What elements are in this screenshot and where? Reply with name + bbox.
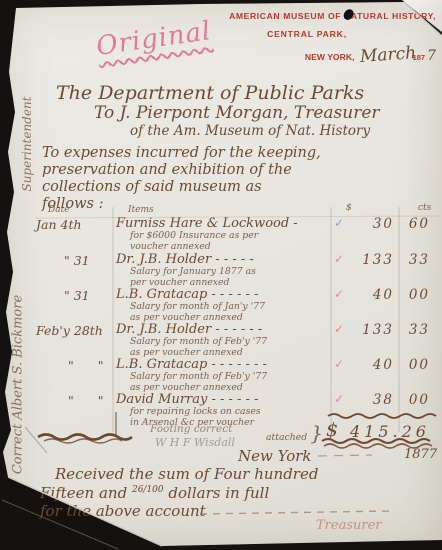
addressee-line3: of the Am. Museum of Nat. History	[130, 123, 370, 139]
brace-mark: }	[310, 421, 323, 445]
audit-note-line1: Footing correct	[150, 423, 232, 435]
entry-detail: per voucher annexed	[116, 278, 334, 289]
ledger-rows: Jan 4th Furniss Hare & Lockwood - for $6…	[36, 216, 438, 442]
margin-note-superintendent: Superintendent	[20, 49, 34, 239]
entry-payee: David Murray - - - - - -	[116, 392, 334, 407]
handwritten-month: March	[360, 43, 417, 67]
preamble-line1: To expenses incurred for the keeping,	[42, 145, 321, 161]
check-mark-icon: ✓	[334, 252, 350, 266]
check-mark-icon: ✓	[334, 216, 350, 230]
amount-dollars: 38	[350, 392, 394, 408]
entry-amount: ✓ 133 33	[334, 322, 438, 358]
ledger-row: Jan 4th Furniss Hare & Lockwood - for $6…	[36, 216, 438, 252]
amount-cents: 00	[394, 392, 430, 408]
entry-detail: for $6000 Insurance as per	[116, 231, 334, 242]
receipt-line1: Received the sum of Four hundred	[55, 465, 318, 483]
receipt-line2: Fifteen and 26/100 dollars in full	[40, 484, 269, 502]
receipt-place: New York	[238, 447, 312, 465]
amount-dollars: 133	[350, 322, 394, 338]
total-currency-sign: $	[326, 419, 338, 441]
entry-payee: L.B. Gratacap - - - - - - -	[116, 357, 334, 372]
entry-detail: Salary for month of Jan'y '77	[116, 302, 334, 313]
margin-note-correct: Correct Albert S. Bickmore	[11, 245, 26, 525]
total-amount: 415.26	[350, 422, 430, 441]
entry-detail: voucher annexed	[116, 242, 334, 253]
ledger-row: Feb'y 28th Dr. J.B. Holder - - - - - - S…	[36, 322, 438, 357]
ledger-row: " 31 Dr. J.B. Holder - - - - - Salary fo…	[36, 252, 438, 287]
receipt-line2-pre: Fifteen and	[40, 484, 127, 502]
addressee-line2: To J. Pierpont Morgan, Treasurer	[94, 103, 380, 123]
entry-amount: ✓ 40 00	[334, 357, 438, 393]
col-header-date: Date	[48, 205, 70, 215]
entry-item: Dr. J.B. Holder - - - - - Salary for Jan…	[116, 252, 334, 288]
amount-dollars: 40	[350, 357, 394, 373]
letterhead-dateline: NEW YORK, March 187 7	[208, 45, 436, 65]
preamble-line2: preservation and exhibition of the	[42, 162, 292, 178]
entry-detail: as per voucher annexed	[116, 383, 334, 394]
entry-payee: Dr. J.B. Holder - - - - - -	[116, 322, 334, 337]
amount-cents: 60	[394, 216, 430, 232]
amount-dollars: 133	[350, 252, 394, 268]
amount-cents: 33	[394, 322, 430, 338]
entry-detail: for repairing locks on cases	[116, 407, 334, 418]
entry-date: " "	[36, 392, 116, 444]
letterhead-line2: CENTRAL PARK,	[208, 29, 436, 39]
entry-detail: Salary for January 1877 as	[116, 267, 334, 278]
letterhead-city: NEW YORK,	[305, 52, 355, 62]
entry-date: " "	[36, 357, 116, 393]
entry-amount: ✓ 40 00	[334, 287, 438, 323]
entry-payee: Dr. J.B. Holder - - - - -	[116, 252, 334, 267]
amount-dollars: 30	[350, 216, 394, 232]
receipt-fraction: 26/100	[132, 485, 164, 495]
handwritten-year-digit: 7	[427, 48, 436, 64]
scanned-document: Original AMERICAN MUSEUM OF NATURAL HIST…	[0, 0, 442, 550]
treasurer-signature-label: Treasurer	[316, 518, 382, 533]
entry-item: Furniss Hare & Lockwood - for $6000 Insu…	[116, 216, 334, 252]
entry-detail: Salary for month of Feb'y '77	[116, 337, 334, 348]
letterhead-line1: AMERICAN MUSEUM OF NATURAL HISTORY,	[208, 11, 436, 21]
entry-date: " 31	[36, 287, 116, 323]
entry-date: Jan 4th	[36, 216, 116, 252]
entry-item: L.B. Gratacap - - - - - - Salary for mon…	[116, 287, 334, 323]
amount-dollars: 40	[350, 287, 394, 303]
entry-item: Dr. J.B. Holder - - - - - - Salary for m…	[116, 322, 334, 358]
entry-item: L.B. Gratacap - - - - - - - Salary for m…	[116, 357, 334, 393]
entry-amount: ✓ 30 60	[334, 216, 438, 252]
col-header-dollars: $	[346, 203, 352, 213]
entry-amount: ✓ 133 33	[334, 252, 438, 288]
ledger-row: " " L.B. Gratacap - - - - - - - Salary f…	[36, 357, 438, 392]
amount-cents: 33	[394, 252, 430, 268]
ledger-row: " 31 L.B. Gratacap - - - - - - Salary fo…	[36, 287, 438, 322]
col-header-items: Items	[128, 205, 154, 215]
entry-detail: Salary for month of Feb'y '77	[116, 372, 334, 383]
entry-payee: L.B. Gratacap - - - - - -	[116, 287, 334, 302]
entry-date: Feb'y 28th	[36, 322, 116, 358]
letterhead: AMERICAN MUSEUM OF NATURAL HISTORY, CENT…	[208, 11, 436, 65]
receipt-year: 1877	[404, 447, 437, 462]
audit-signature: W H F Wisdall	[155, 436, 235, 449]
preamble-line3: collections of said museum as	[42, 179, 262, 195]
entry-detail: as per voucher annexed	[116, 348, 334, 359]
receipt-line3: for the above account	[40, 502, 206, 520]
amount-cents: 00	[394, 287, 430, 303]
entry-detail: as per voucher annexed	[116, 313, 334, 324]
col-header-cents: cts	[418, 203, 431, 213]
check-mark-icon: ✓	[334, 322, 350, 336]
receipt-line2-post: dollars in full	[168, 484, 269, 502]
addressee-line1: The Department of Public Parks	[56, 82, 364, 104]
entry-date: " 31	[36, 252, 116, 288]
check-mark-icon: ✓	[334, 392, 350, 406]
check-mark-icon: ✓	[334, 357, 350, 371]
check-mark-icon: ✓	[334, 287, 350, 301]
amount-cents: 00	[394, 357, 430, 373]
entry-payee: Furniss Hare & Lockwood -	[116, 216, 334, 231]
